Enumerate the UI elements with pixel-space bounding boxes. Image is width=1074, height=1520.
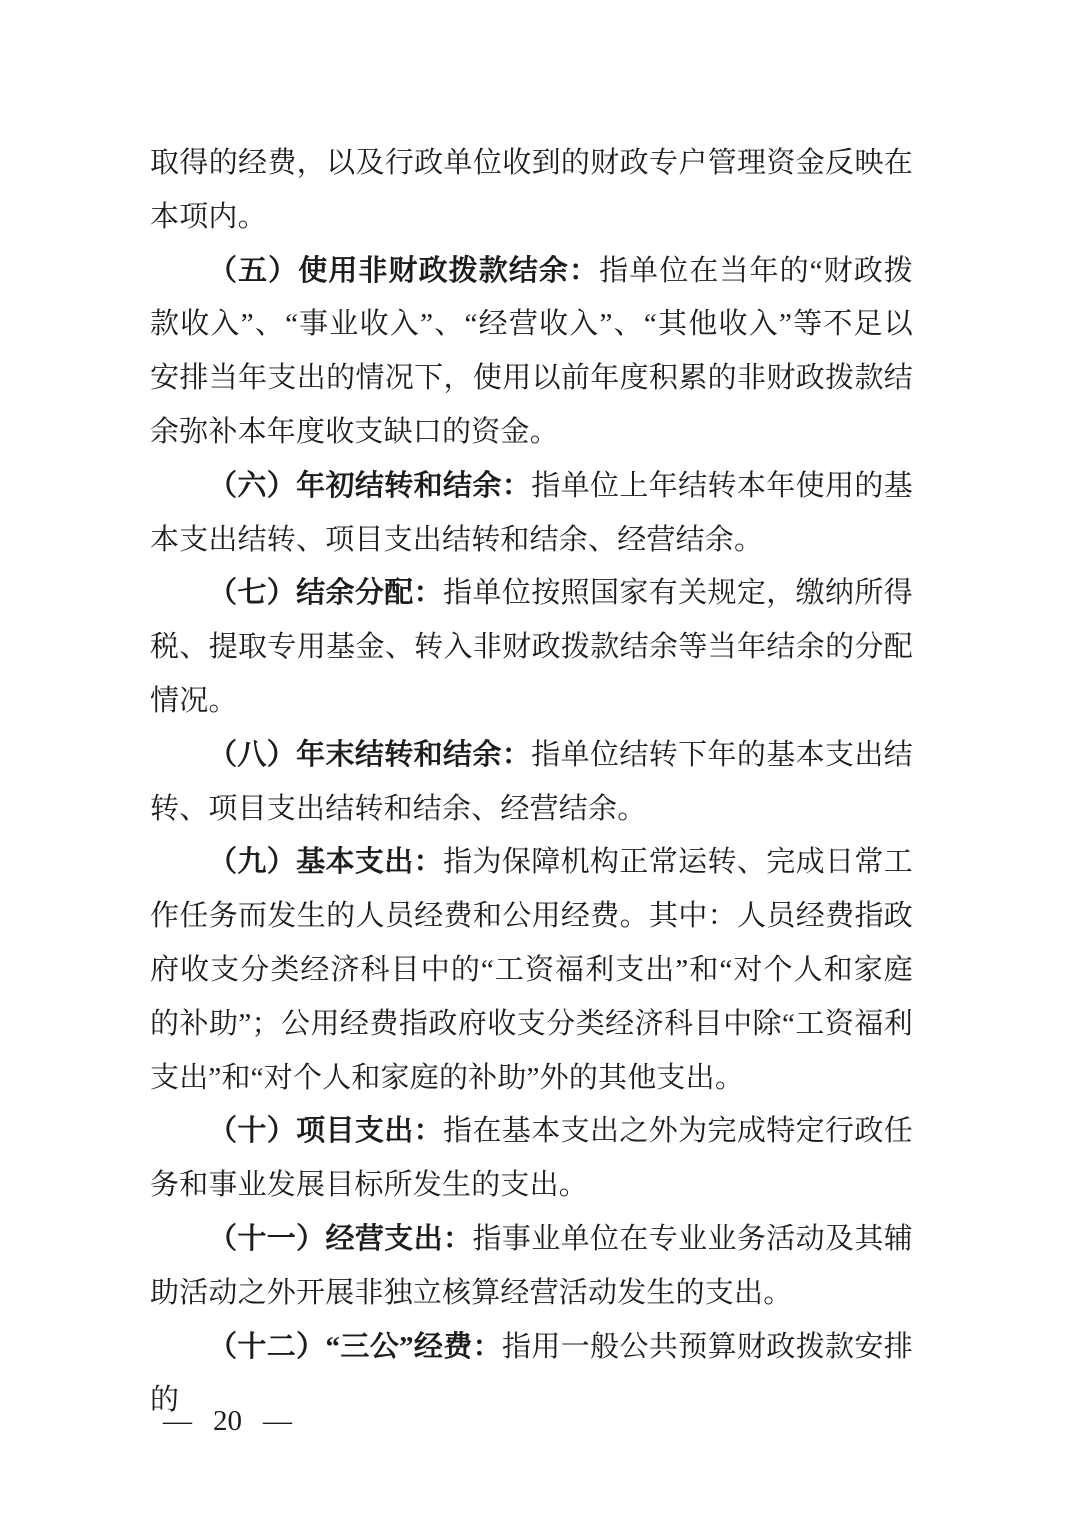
paragraph-lead: （十）项目支出： [208,1115,443,1147]
paragraph: 取得的经费，以及行政单位收到的财政专户管理资金反映在本项内。 [150,137,913,245]
paragraph: （十一）经营支出：指事业单位在专业业务活动及其辅助活动之外开展非独立核算经营活动… [150,1213,913,1321]
paragraph: （六）年初结转和结余：指单位上年结转本年使用的基本支出结转、项目支出结转和结余、… [150,460,913,568]
paragraph: （五）使用非财政拨款结余：指单位在当年的“财政拨款收入”、“事业收入”、“经营收… [150,245,913,460]
footer-dash-left: — [163,1405,192,1438]
page-body: 取得的经费，以及行政单位收到的财政专户管理资金反映在本项内。（五）使用非财政拨款… [150,137,913,1428]
paragraph-lead: （七）结余分配： [208,577,443,609]
paragraph: （十）项目支出：指在基本支出之外为完成特定行政任务和事业发展目标所发生的支出。 [150,1105,913,1213]
paragraph-lead: （五）使用非财政拨款结余： [208,255,599,287]
paragraph: （七）结余分配：指单位按照国家有关规定，缴纳所得税、提取专用基金、转入非财政拨款… [150,567,913,728]
paragraph: （八）年末结转和结余：指单位结转下年的基本支出结转、项目支出结转和结余、经营结余… [150,729,913,837]
page-footer: — 20 — [163,1404,292,1438]
document-page: 取得的经费，以及行政单位收到的财政专户管理资金反映在本项内。（五）使用非财政拨款… [0,0,1074,1520]
paragraph-lead: （九）基本支出： [208,846,443,878]
paragraph-lead: （十一）经营支出： [208,1223,472,1255]
paragraph-lead: （十二）“三公”经费： [208,1331,502,1363]
footer-dash-right: — [263,1405,292,1438]
paragraph-lead: （八）年末结转和结余： [208,739,531,771]
page-number: 20 [213,1405,242,1438]
paragraph: （九）基本支出：指为保障机构正常运转、完成日常工作任务而发生的人员经费和公用经费… [150,836,913,1105]
paragraph-lead: （六）年初结转和结余： [208,470,531,502]
